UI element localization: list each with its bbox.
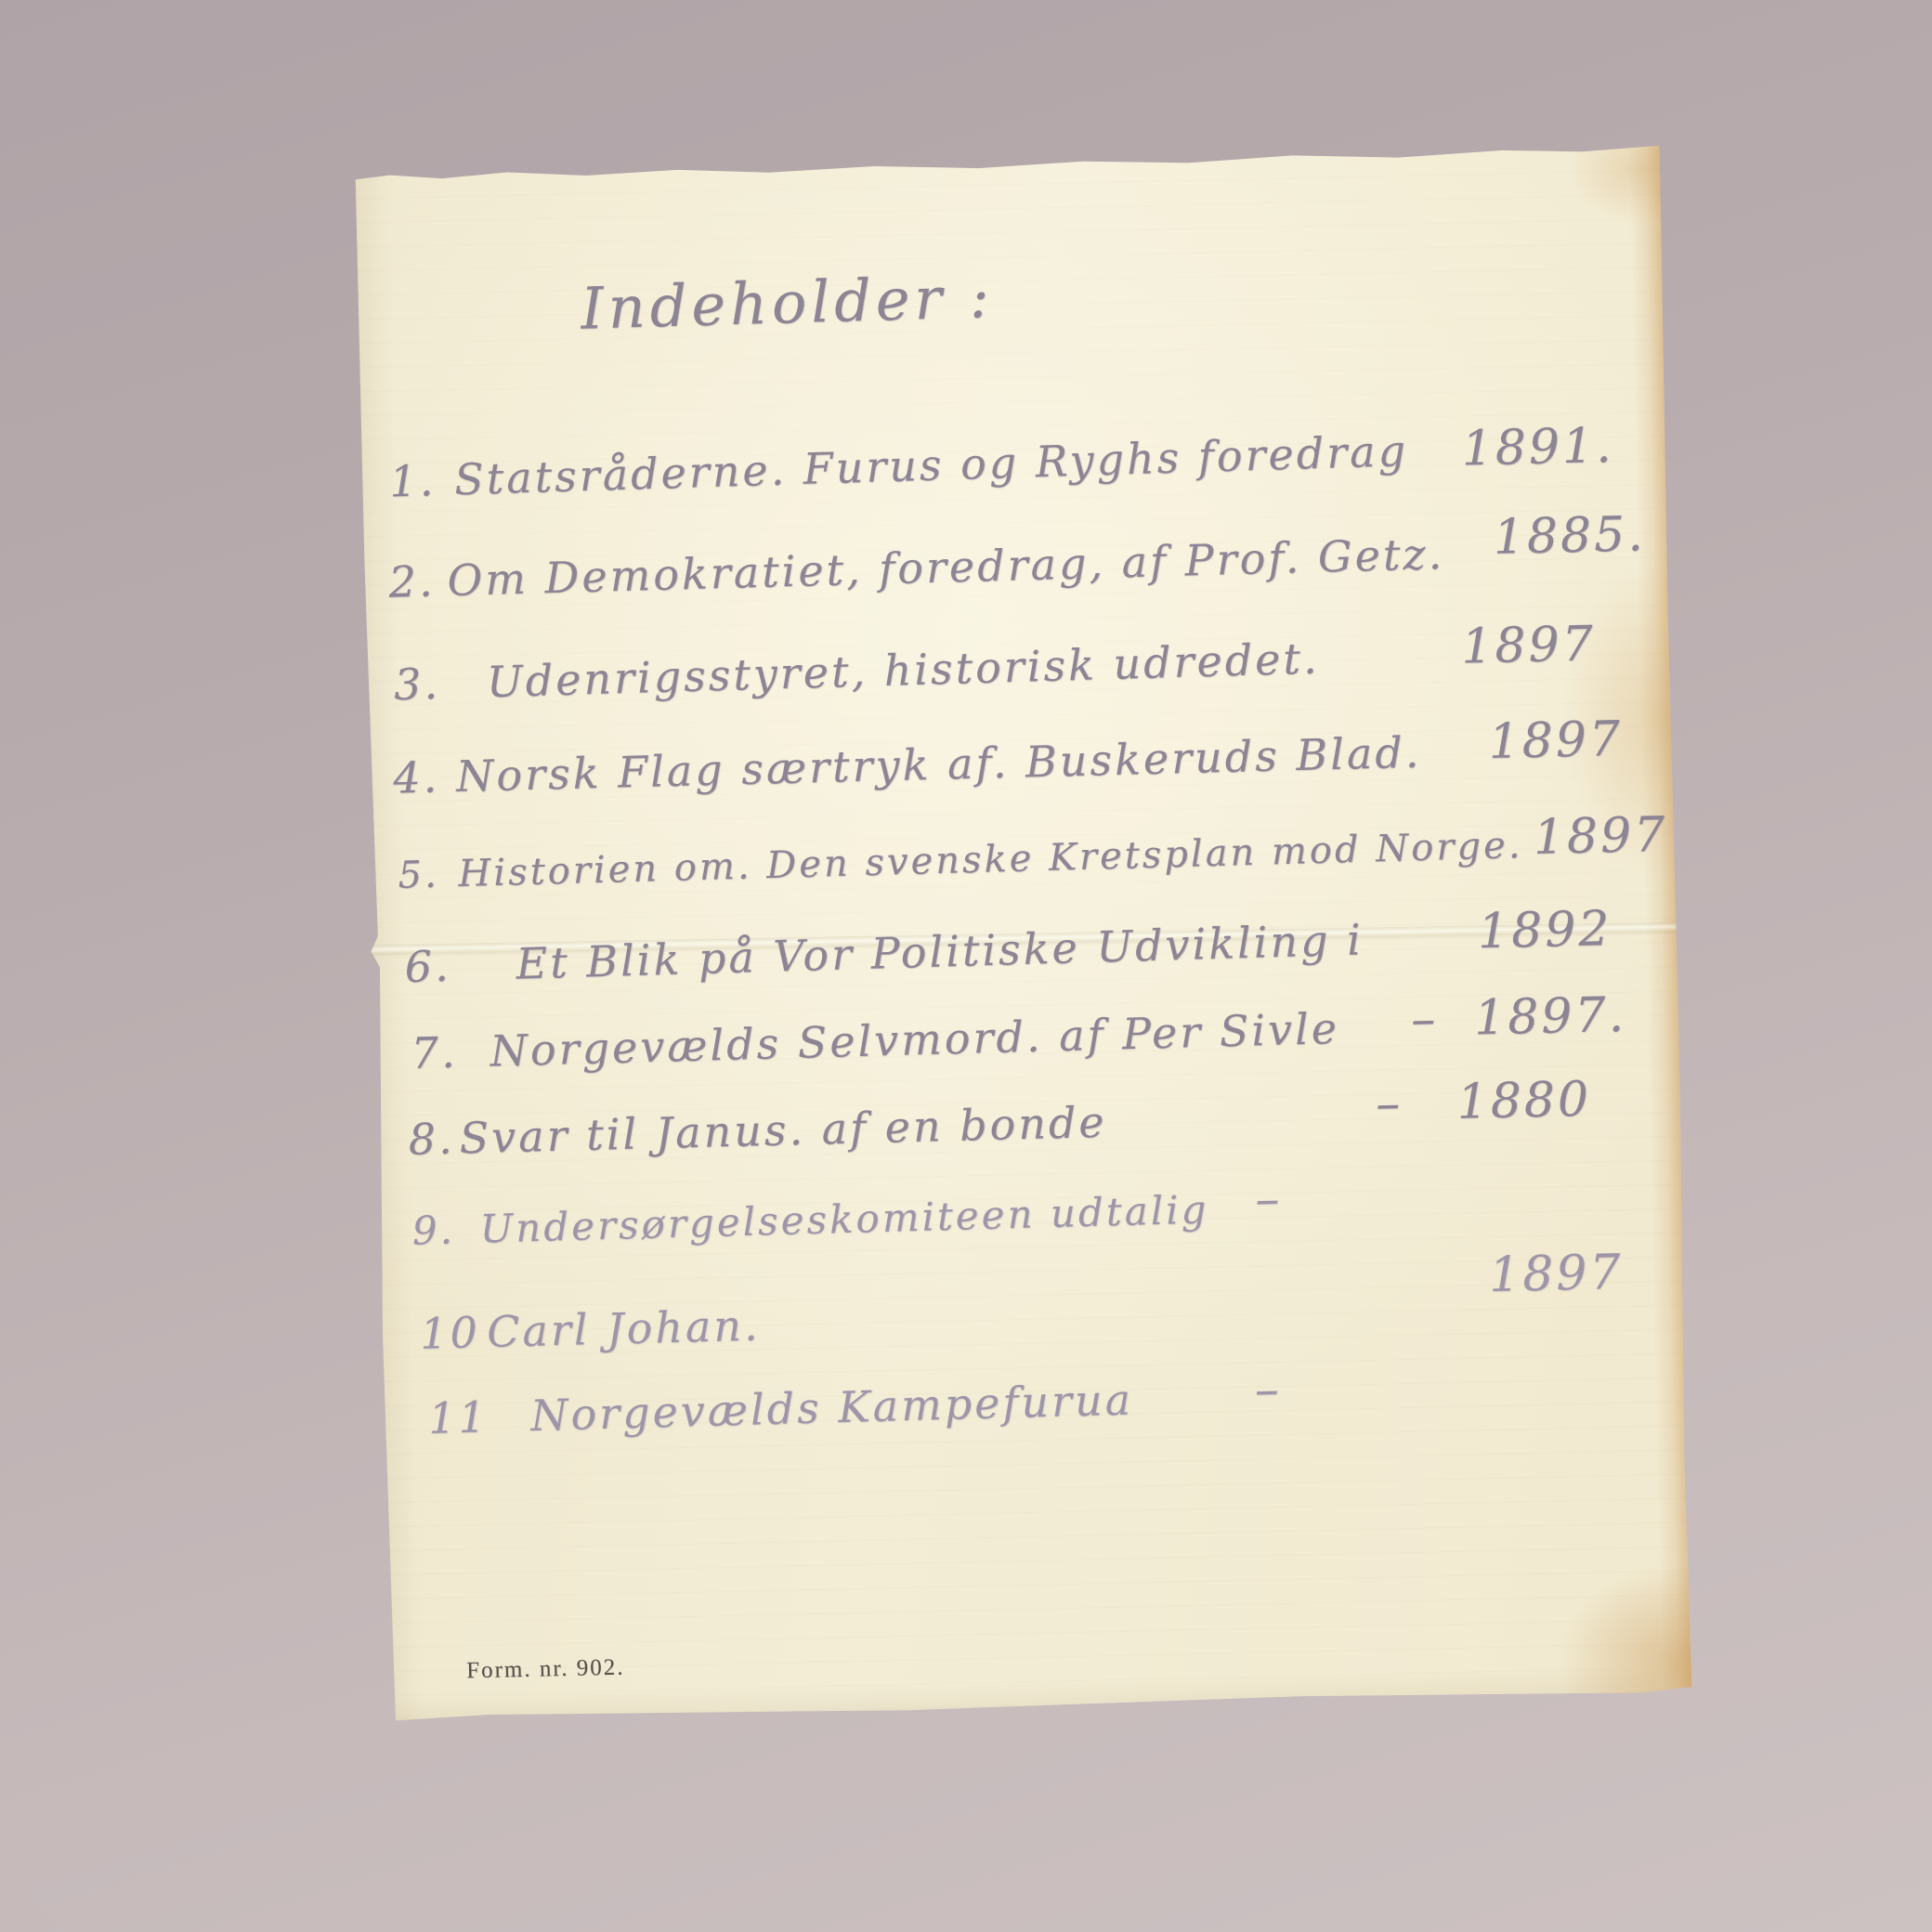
entry-title: Svar til Janus. af en bonde: [459, 1097, 1107, 1164]
toc-entry: 1.Statsråderne. Furus og Ryghs foredrag: [388, 425, 1408, 506]
entry-year: 1897: [1488, 711, 1624, 770]
form-number-print: Form. nr. 902.: [466, 1655, 625, 1685]
entry-number: 11: [427, 1390, 530, 1443]
toc-entry: 5.Historien om. Den svenske Kretsplan mo…: [398, 824, 1523, 897]
toc-entry: 4.Norsk Flag særtryk af. Buskeruds Blad.: [392, 727, 1421, 803]
entry-number: 7.: [411, 1026, 490, 1078]
entry-number: 5.: [398, 853, 459, 897]
entry-year: 1892: [1477, 901, 1612, 959]
entry-title: Carl Johan.: [487, 1300, 762, 1357]
toc-entry: 9.Undersørgelseskomiteen udtalig: [411, 1186, 1209, 1253]
entry-year: 1897: [1461, 616, 1597, 674]
entry-year: –: [1254, 1362, 1282, 1418]
entry-number: 8.: [408, 1113, 460, 1164]
page-title: Indeholder :: [580, 263, 994, 343]
entry-year: 1885.: [1493, 506, 1646, 566]
toc-entry: 10Carl Johan.: [420, 1300, 762, 1359]
entry-number: 10: [420, 1307, 488, 1359]
entry-title: Historien om. Den svenske Kretsplan mod …: [458, 824, 1523, 895]
entry-year: 1897: [1533, 807, 1668, 866]
entry-title: Et Blik på Vor Politiske Udvikling i: [516, 914, 1364, 988]
toc-entry: 11Norgevælds Kampefurua: [427, 1375, 1133, 1444]
entry-title: Undersørgelseskomiteen udtalig: [479, 1186, 1209, 1251]
entry-number: 4.: [392, 751, 456, 803]
toc-entry: 3.Udenrigsstyret, historisk udredet.: [393, 633, 1320, 710]
entry-title: Norgevælds Kampefurua: [529, 1375, 1133, 1442]
entry-number: 6.: [404, 939, 517, 992]
entry-year: 1891.: [1461, 418, 1614, 477]
entry-number: 1.: [388, 454, 455, 506]
entry-year: 1897: [1488, 1245, 1624, 1303]
toc-entry: 8.Svar til Janus. af en bonde: [408, 1097, 1107, 1165]
entry-number: 3.: [393, 657, 488, 710]
entry-year: – 1880: [1375, 1072, 1591, 1132]
toc-entry: 6.Et Blik på Vor Politiske Udvikling i: [404, 914, 1364, 992]
paper-sheet: Indeholder : 1.Statsråderne. Furus og Ry…: [350, 146, 1693, 1723]
entry-title: Norgevælds Selvmord. af Per Sivle: [490, 1003, 1340, 1077]
entry-number: 9.: [411, 1207, 480, 1254]
entry-year: – 1897.: [1410, 987, 1626, 1048]
entry-title: Norsk Flag særtryk af. Buskeruds Blad.: [455, 727, 1421, 802]
entry-title: Om Demokratiet, foredrag, af Prof. Getz.: [447, 529, 1445, 606]
toc-entry: 7.Norgevælds Selvmord. af Per Sivle: [411, 1003, 1340, 1078]
entry-title: Udenrigsstyret, historisk udredet.: [486, 633, 1320, 707]
entry-title: Statsråderne. Furus og Ryghs foredrag: [453, 425, 1408, 504]
entry-number: 2.: [388, 555, 448, 607]
toc-entry: 2.Om Demokratiet, foredrag, af Prof. Get…: [388, 529, 1445, 607]
entry-year: –: [1255, 1171, 1283, 1228]
